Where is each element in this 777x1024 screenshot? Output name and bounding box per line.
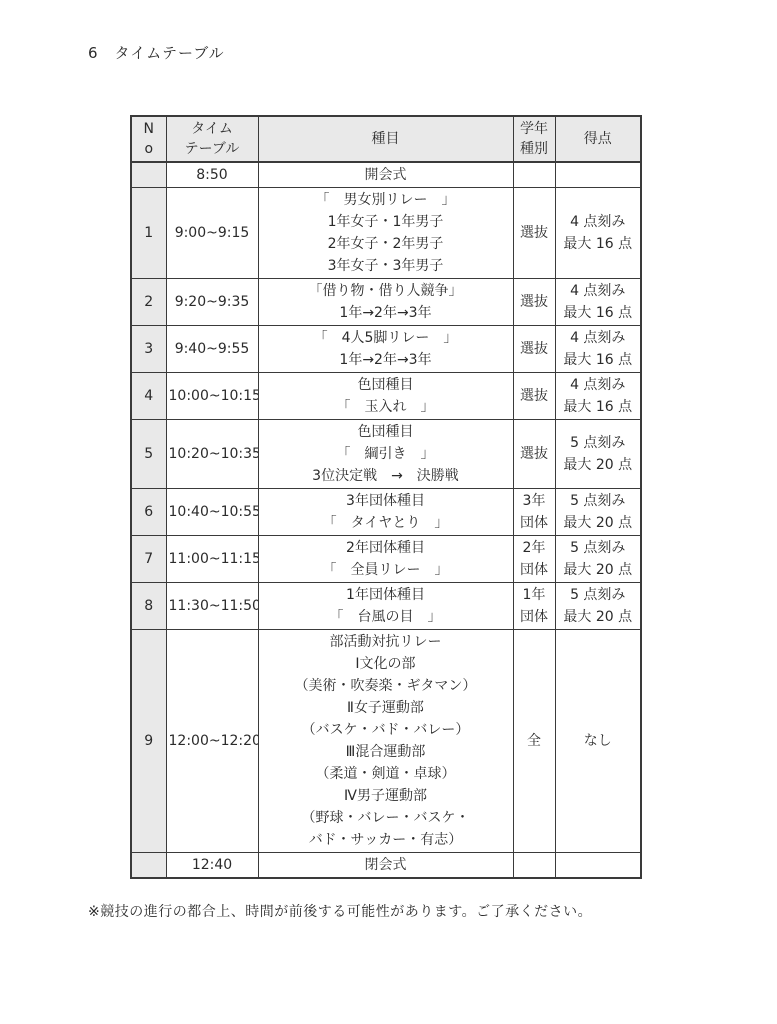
points-cell: 5 点刻み 最大 20 点: [555, 536, 641, 583]
points-cell: 4 点刻み 最大 16 点: [555, 373, 641, 420]
table-row: 6 10:40~10:55 3年団体種目 「 タイヤとり 」 3年 団体 5 点…: [131, 489, 641, 536]
timetable-header: N o タイム テーブル 種目 学年 種別 得点: [131, 116, 641, 162]
time-cell: 8:50: [166, 162, 258, 188]
event-cell: 色団種目 「 玉入れ 」: [258, 373, 513, 420]
no-cell: 4: [131, 373, 166, 420]
time-cell: 11:30~11:50: [166, 583, 258, 630]
time-cell: 9:20~9:35: [166, 279, 258, 326]
category-cell: 3年 団体: [513, 489, 555, 536]
no-cell: 8: [131, 583, 166, 630]
document-page: 6 タイムテーブル N o タイム テーブル 種目 学年 種別 得点 8:50 …: [0, 0, 777, 1024]
table-row: 4 10:00~10:15 色団種目 「 玉入れ 」 選抜 4 点刻み 最大 1…: [131, 373, 641, 420]
points-cell: 5 点刻み 最大 20 点: [555, 489, 641, 536]
time-cell: 12:40: [166, 853, 258, 879]
points-cell: 4 点刻み 最大 16 点: [555, 326, 641, 373]
table-row: 9 12:00~12:20 部活動対抗リレー Ⅰ文化の部 （美術・吹奏楽・ギタマ…: [131, 630, 641, 853]
no-cell: 5: [131, 420, 166, 489]
header-category: 学年 種別: [513, 116, 555, 162]
no-cell: 3: [131, 326, 166, 373]
points-cell: 5 点刻み 最大 20 点: [555, 420, 641, 489]
event-cell: 開会式: [258, 162, 513, 188]
table-row: 3 9:40~9:55 「 4人5脚リレー 」 1年→2年→3年 選抜 4 点刻…: [131, 326, 641, 373]
event-cell: 色団種目 「 綱引き 」 3位決定戦 → 決勝戦: [258, 420, 513, 489]
event-cell: 2年団体種目 「 全員リレー 」: [258, 536, 513, 583]
points-cell: [555, 853, 641, 879]
table-row: 8:50 開会式: [131, 162, 641, 188]
event-cell: 1年団体種目 「 台風の目 」: [258, 583, 513, 630]
event-cell: 「 男女別リレー 」 1年女子・1年男子 2年女子・2年男子 3年女子・3年男子: [258, 188, 513, 279]
event-cell: 「借り物・借り人競争」 1年→2年→3年: [258, 279, 513, 326]
no-cell: 9: [131, 630, 166, 853]
time-cell: 9:00~9:15: [166, 188, 258, 279]
header-time: タイム テーブル: [166, 116, 258, 162]
header-event: 種目: [258, 116, 513, 162]
event-cell: 閉会式: [258, 853, 513, 879]
points-cell: 5 点刻み 最大 20 点: [555, 583, 641, 630]
points-cell: 4 点刻み 最大 16 点: [555, 279, 641, 326]
header-row: N o タイム テーブル 種目 学年 種別 得点: [131, 116, 641, 162]
points-cell: [555, 162, 641, 188]
table-row: 8 11:30~11:50 1年団体種目 「 台風の目 」 1年 団体 5 点刻…: [131, 583, 641, 630]
category-cell: 選抜: [513, 188, 555, 279]
time-cell: 9:40~9:55: [166, 326, 258, 373]
category-cell: 選抜: [513, 279, 555, 326]
timetable: N o タイム テーブル 種目 学年 種別 得点 8:50 開会式 1 9:00…: [130, 115, 642, 879]
table-row: 1 9:00~9:15 「 男女別リレー 」 1年女子・1年男子 2年女子・2年…: [131, 188, 641, 279]
category-cell: 選抜: [513, 420, 555, 489]
points-cell: なし: [555, 630, 641, 853]
table-row: 7 11:00~11:15 2年団体種目 「 全員リレー 」 2年 団体 5 点…: [131, 536, 641, 583]
category-cell: 選抜: [513, 373, 555, 420]
time-cell: 11:00~11:15: [166, 536, 258, 583]
time-cell: 12:00~12:20: [166, 630, 258, 853]
category-cell: 選抜: [513, 326, 555, 373]
category-cell: 2年 団体: [513, 536, 555, 583]
page-title: 6 タイムテーブル: [88, 42, 225, 63]
table-row: 12:40 閉会式: [131, 853, 641, 879]
event-cell: 3年団体種目 「 タイヤとり 」: [258, 489, 513, 536]
category-cell: [513, 853, 555, 879]
table-row: 2 9:20~9:35 「借り物・借り人競争」 1年→2年→3年 選抜 4 点刻…: [131, 279, 641, 326]
no-cell: 6: [131, 489, 166, 536]
event-cell: 部活動対抗リレー Ⅰ文化の部 （美術・吹奏楽・ギタマン） Ⅱ女子運動部 （バスケ…: [258, 630, 513, 853]
category-cell: [513, 162, 555, 188]
no-cell: 1: [131, 188, 166, 279]
event-cell: 「 4人5脚リレー 」 1年→2年→3年: [258, 326, 513, 373]
time-cell: 10:40~10:55: [166, 489, 258, 536]
no-cell: 2: [131, 279, 166, 326]
no-cell: 7: [131, 536, 166, 583]
header-no: N o: [131, 116, 166, 162]
time-cell: 10:20~10:35: [166, 420, 258, 489]
no-cell: [131, 853, 166, 879]
time-cell: 10:00~10:15: [166, 373, 258, 420]
category-cell: 全: [513, 630, 555, 853]
table-row: 5 10:20~10:35 色団種目 「 綱引き 」 3位決定戦 → 決勝戦 選…: [131, 420, 641, 489]
points-cell: 4 点刻み 最大 16 点: [555, 188, 641, 279]
no-cell: [131, 162, 166, 188]
category-cell: 1年 団体: [513, 583, 555, 630]
footnote: ※競技の進行の都合上、時間が前後する可能性があります。ご了承ください。: [88, 901, 592, 921]
header-points: 得点: [555, 116, 641, 162]
